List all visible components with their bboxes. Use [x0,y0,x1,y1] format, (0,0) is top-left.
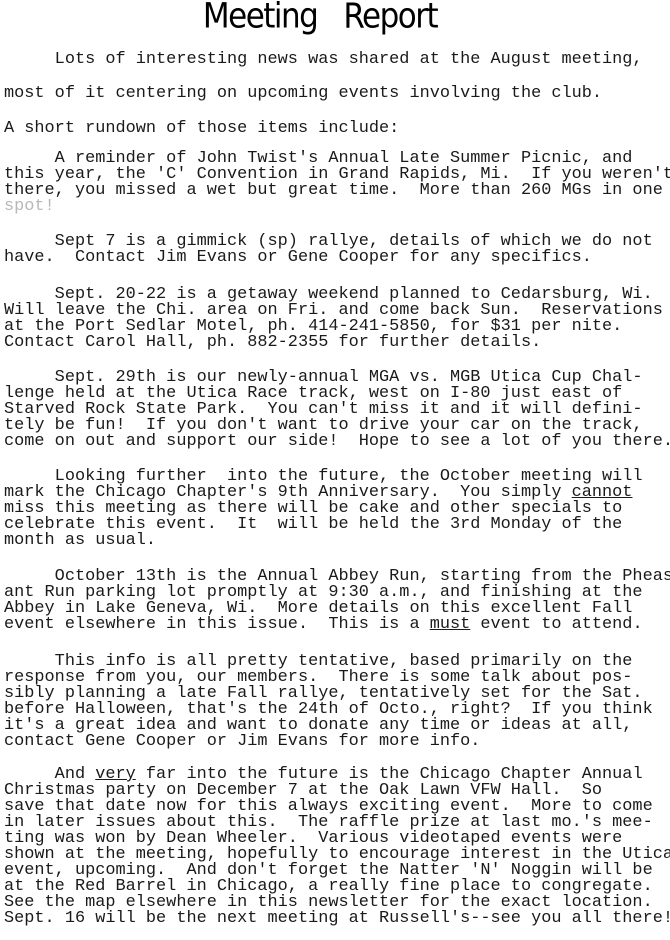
text-line: Sept. 16 will be the next meeting at Rus… [4,911,670,927]
text-line: there, you missed a wet but great time. … [4,183,663,199]
page-title: MeetingReport [0,0,640,36]
text-segment: event to attend. [470,615,642,634]
intro-line: Lots of interesting news was shared at t… [4,52,643,68]
text-segment: event elsewhere in this issue. This is a [4,615,430,634]
title-word-report: Report [343,0,437,36]
intro-line: A short rundown of those items include: [4,121,399,137]
title-word-meeting: Meeting [203,0,317,36]
text-line: Contact Carol Hall, ph. 882-2355 for fur… [4,335,541,351]
intro-line: most of it centering on upcoming events … [4,86,602,102]
text-line: have. Contact Jim Evans or Gene Cooper f… [4,250,592,266]
text-line: month as usual. [4,533,156,549]
underlined-word: must [430,615,471,634]
text-line: come on out and support our side! Hope t… [4,434,670,450]
text-line: event elsewhere in this issue. This is a… [4,617,643,633]
text-line: contact Gene Cooper or Jim Evans for mor… [4,734,480,750]
text-line: spot! [4,199,55,215]
